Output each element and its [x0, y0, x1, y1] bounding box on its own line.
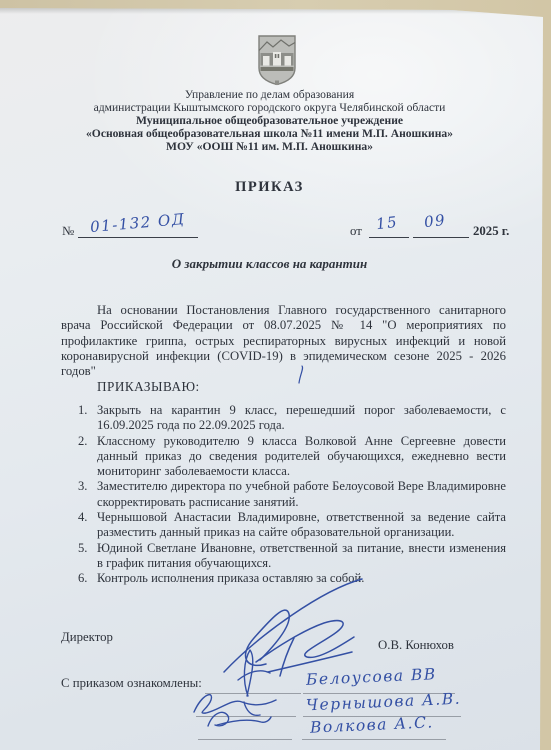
director-label: Директор [61, 630, 113, 645]
director-name: О.В. Конюхов [378, 638, 454, 653]
item-number: 4. [78, 510, 97, 541]
ack-signature [203, 706, 273, 734]
order-item: 1. Закрыть на карантин 9 класс, перешедш… [78, 403, 506, 434]
order-date-label: от [350, 224, 362, 239]
item-text: Юдиной Светлане Ивановне, ответственной … [97, 541, 506, 572]
order-year: 2025 г. [473, 224, 509, 239]
org-district-line: администрации Кыштымского городского окр… [0, 101, 539, 114]
item-number: 2. [78, 434, 97, 480]
order-item: 5. Юдиной Светлане Ивановне, ответственн… [78, 541, 506, 572]
org-school-name: «Основная общеобразовательная школа №11 … [0, 127, 539, 140]
item-number: 6. [78, 571, 97, 586]
kyshtym-coat-of-arms-icon [256, 34, 298, 86]
photo-of-document: { "colors":{"background_table":"#d2c7a9"… [0, 0, 551, 750]
item-text: Закрыть на карантин 9 класс, перешедший … [97, 403, 506, 434]
order-items: 1. Закрыть на карантин 9 класс, перешедш… [78, 403, 506, 587]
pen-mark [296, 365, 308, 385]
handwritten-day: 15 [375, 213, 399, 234]
item-text: Чернышовой Анастасии Владимировне, ответ… [97, 510, 506, 541]
item-text: Классному руководителю 9 класса Волковой… [97, 434, 506, 480]
org-authority-line: Управление по делам образования [0, 88, 539, 101]
order-item: 4. Чернышовой Анастасии Владимировне, от… [78, 510, 506, 541]
item-text: Заместителю директора по учебной работе … [97, 479, 506, 510]
item-number: 5. [78, 541, 97, 572]
order-item: 2. Классному руководителю 9 класса Волко… [78, 434, 506, 480]
org-short-name: МОУ «ООШ №11 им. М.П. Аношкина» [0, 140, 539, 153]
item-number: 3. [78, 479, 97, 510]
handwritten-month: 09 [423, 211, 447, 232]
order-preamble: На основании Постановления Главного госу… [61, 303, 506, 379]
item-number: 1. [78, 403, 97, 434]
command-word: ПРИКАЗЫВАЮ: [97, 379, 200, 395]
order-item: 3. Заместителю директора по учебной рабо… [78, 479, 506, 510]
acknowledgement-label: С приказом ознакомлены: [61, 676, 202, 691]
order-number-label: № [62, 224, 74, 239]
ack-name-line [302, 724, 446, 740]
org-type-line: Муниципальное общеобразовательное учрежд… [0, 114, 539, 127]
order-subject: О закрытии классов на карантин [0, 256, 539, 272]
order-title: ПРИКАЗ [0, 179, 539, 196]
